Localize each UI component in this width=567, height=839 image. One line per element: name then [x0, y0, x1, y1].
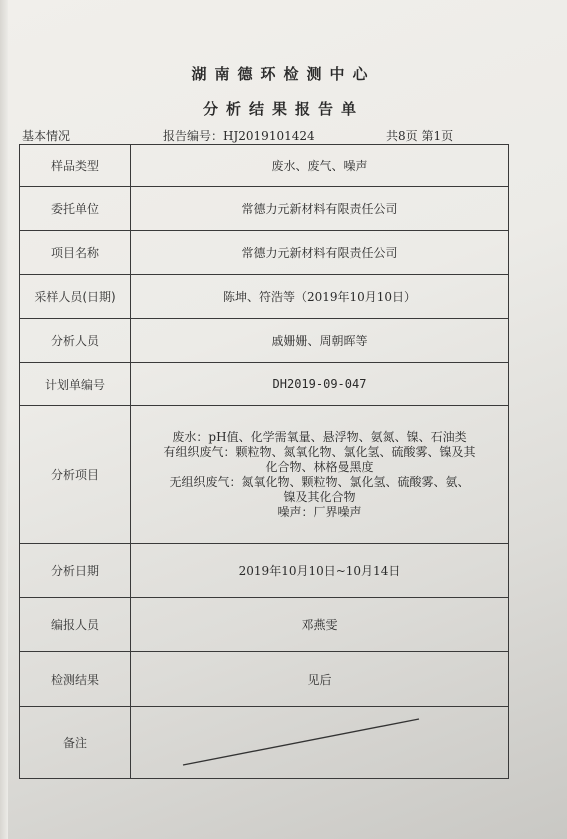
section-label: 基本情况: [22, 127, 70, 144]
analysis-item-line: 镍及其化合物: [131, 490, 508, 505]
analysis-items: 废水：pH值、化学需氧量、悬浮物、氨氮、镍、石油类 有组织废气：颗粒物、氮氧化物…: [131, 406, 509, 544]
row-label: 委托单位: [20, 187, 131, 231]
row-label: 备注: [20, 707, 131, 779]
table-row: 分析日期 2019年10月10日~10月14日: [20, 544, 509, 598]
row-value: 2019年10月10日~10月14日: [131, 544, 509, 598]
row-label: 分析日期: [20, 544, 131, 598]
table-row: 计划单编号 DH2019-09-047: [20, 363, 509, 406]
row-label: 检测结果: [20, 652, 131, 707]
row-value: 见后: [131, 652, 509, 707]
table-row: 分析项目 废水：pH值、化学需氧量、悬浮物、氨氮、镍、石油类 有组织废气：颗粒物…: [20, 406, 509, 544]
table-row: 采样人员(日期) 陈坤、符浩等（2019年10月10日）: [20, 275, 509, 319]
analysis-item-line: 化合物、林格曼黑度: [131, 460, 508, 475]
organization-name: 湖南德环检测中心: [0, 63, 567, 84]
table-row: 样品类型 废水、废气、噪声: [20, 145, 509, 187]
table-row: 备注: [20, 707, 509, 779]
row-value: 邓燕雯: [131, 598, 509, 652]
row-label: 项目名称: [20, 231, 131, 275]
basic-info-table: 样品类型 废水、废气、噪声 委托单位 常德力元新材料有限责任公司 项目名称 常德…: [19, 144, 509, 779]
row-value: 常德力元新材料有限责任公司: [131, 231, 509, 275]
table-row: 编报人员 邓燕雯: [20, 598, 509, 652]
row-value: DH2019-09-047: [131, 363, 509, 406]
strike-line: [131, 707, 510, 779]
report-meta: 基本情况 报告编号：HJ2019101424 共8页 第1页: [20, 127, 510, 143]
table-row: 项目名称 常德力元新材料有限责任公司: [20, 231, 509, 275]
analysis-item-line: 有组织废气：颗粒物、氮氧化物、氯化氢、硫酸雾、镍及其: [131, 445, 508, 460]
row-label: 分析项目: [20, 406, 131, 544]
report-number: 报告编号：HJ2019101424: [163, 127, 315, 144]
paper-edge: [0, 0, 8, 839]
row-label: 计划单编号: [20, 363, 131, 406]
document-title: 分析结果报告单: [0, 98, 567, 119]
analysis-item-line: 噪声：厂界噪声: [131, 505, 508, 520]
table-row: 检测结果 见后: [20, 652, 509, 707]
analysis-item-line: 废水：pH值、化学需氧量、悬浮物、氨氮、镍、石油类: [131, 430, 508, 445]
row-label: 编报人员: [20, 598, 131, 652]
page-count: 共8页 第1页: [386, 127, 453, 144]
remarks-cell: [131, 707, 509, 779]
row-value: 戚姗姗、周朝晖等: [131, 319, 509, 363]
row-value: 废水、废气、噪声: [131, 145, 509, 187]
row-label: 样品类型: [20, 145, 131, 187]
row-label: 分析人员: [20, 319, 131, 363]
analysis-item-line: 无组织废气：氮氧化物、颗粒物、氯化氢、硫酸雾、氨、: [131, 475, 508, 490]
row-value: 常德力元新材料有限责任公司: [131, 187, 509, 231]
table-row: 委托单位 常德力元新材料有限责任公司: [20, 187, 509, 231]
row-label: 采样人员(日期): [20, 275, 131, 319]
row-value: 陈坤、符浩等（2019年10月10日）: [131, 275, 509, 319]
table-row: 分析人员 戚姗姗、周朝晖等: [20, 319, 509, 363]
